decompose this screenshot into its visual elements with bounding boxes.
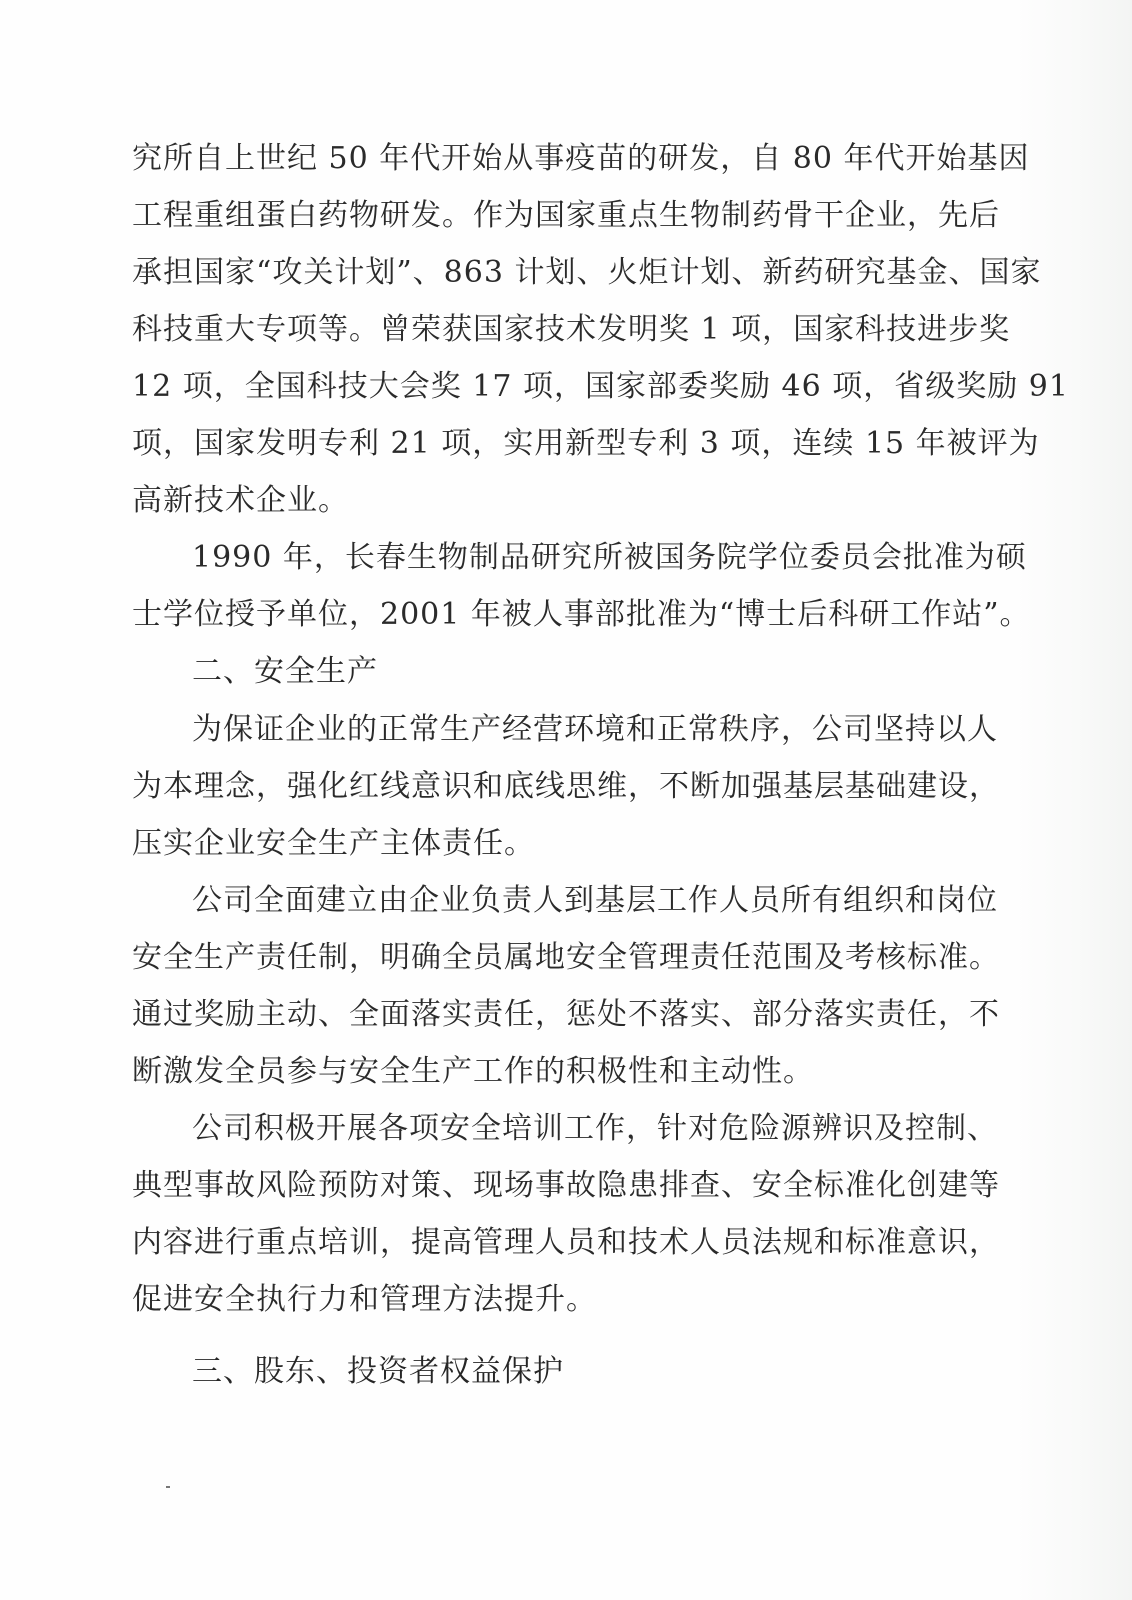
paragraph-line: 断激发全员参与安全生产工作的积极性和主动性。	[132, 1052, 992, 1092]
paragraph-line: 究所自上世纪 50 年代开始从事疫苗的研发，自 80 年代开始基因	[132, 139, 992, 179]
section-heading-shareholder-protection: 三、股东、投资者权益保护	[192, 1352, 564, 1392]
paragraph-line: 公司全面建立由企业负责人到基层工作人员所有组织和岗位	[192, 881, 992, 921]
paragraph-line: 为本理念，强化红线意识和底线思维，不断加强基层基础建设，	[132, 767, 992, 807]
paragraph-line: 高新技术企业。	[132, 481, 992, 521]
paragraph-line: 促进安全执行力和管理方法提升。	[132, 1280, 992, 1320]
paragraph-line: 为保证企业的正常生产经营环境和正常秩序，公司坚持以人	[192, 710, 992, 750]
paragraph-line: 工程重组蛋白药物研发。作为国家重点生物制药骨干企业，先后	[132, 196, 992, 236]
paragraph-line: 压实企业安全生产主体责任。	[132, 824, 992, 864]
paragraph-line: 科技重大专项等。曾荣获国家技术发明奖 1 项，国家科技进步奖	[132, 310, 992, 350]
paragraph-line: 通过奖励主动、全面落实责任，惩处不落实、部分落实责任，不	[132, 995, 992, 1035]
document-page: 究所自上世纪 50 年代开始从事疫苗的研发，自 80 年代开始基因 工程重组蛋白…	[0, 0, 1132, 1600]
paragraph-line: 内容进行重点培训，提高管理人员和技术人员法规和标准意识，	[132, 1223, 992, 1263]
paragraph-line: 项，国家发明专利 21 项，实用新型专利 3 项，连续 15 年被评为	[132, 424, 992, 464]
paragraph-line: 承担国家“攻关计划”、863 计划、火炬计划、新药研究基金、国家	[132, 253, 992, 293]
paragraph-line: 12 项，全国科技大会奖 17 项，国家部委奖励 46 项，省级奖励 91	[132, 367, 992, 407]
paragraph-line: 士学位授予单位，2001 年被人事部批准为“博士后科研工作站”。	[132, 595, 992, 635]
section-heading-safety-production: 二、安全生产	[192, 652, 378, 692]
paragraph-line: 安全生产责任制，明确全员属地安全管理责任范围及考核标准。	[132, 938, 992, 978]
scan-edge-shading	[1012, 0, 1132, 1600]
paragraph-line: 公司积极开展各项安全培训工作，针对危险源辨识及控制、	[192, 1109, 992, 1149]
paragraph-line: 典型事故风险预防对策、现场事故隐患排查、安全标准化创建等	[132, 1166, 992, 1206]
scan-artifact-mark	[166, 1486, 170, 1488]
paragraph-line: 1990 年，长春生物制品研究所被国务院学位委员会批准为硕	[192, 538, 992, 578]
